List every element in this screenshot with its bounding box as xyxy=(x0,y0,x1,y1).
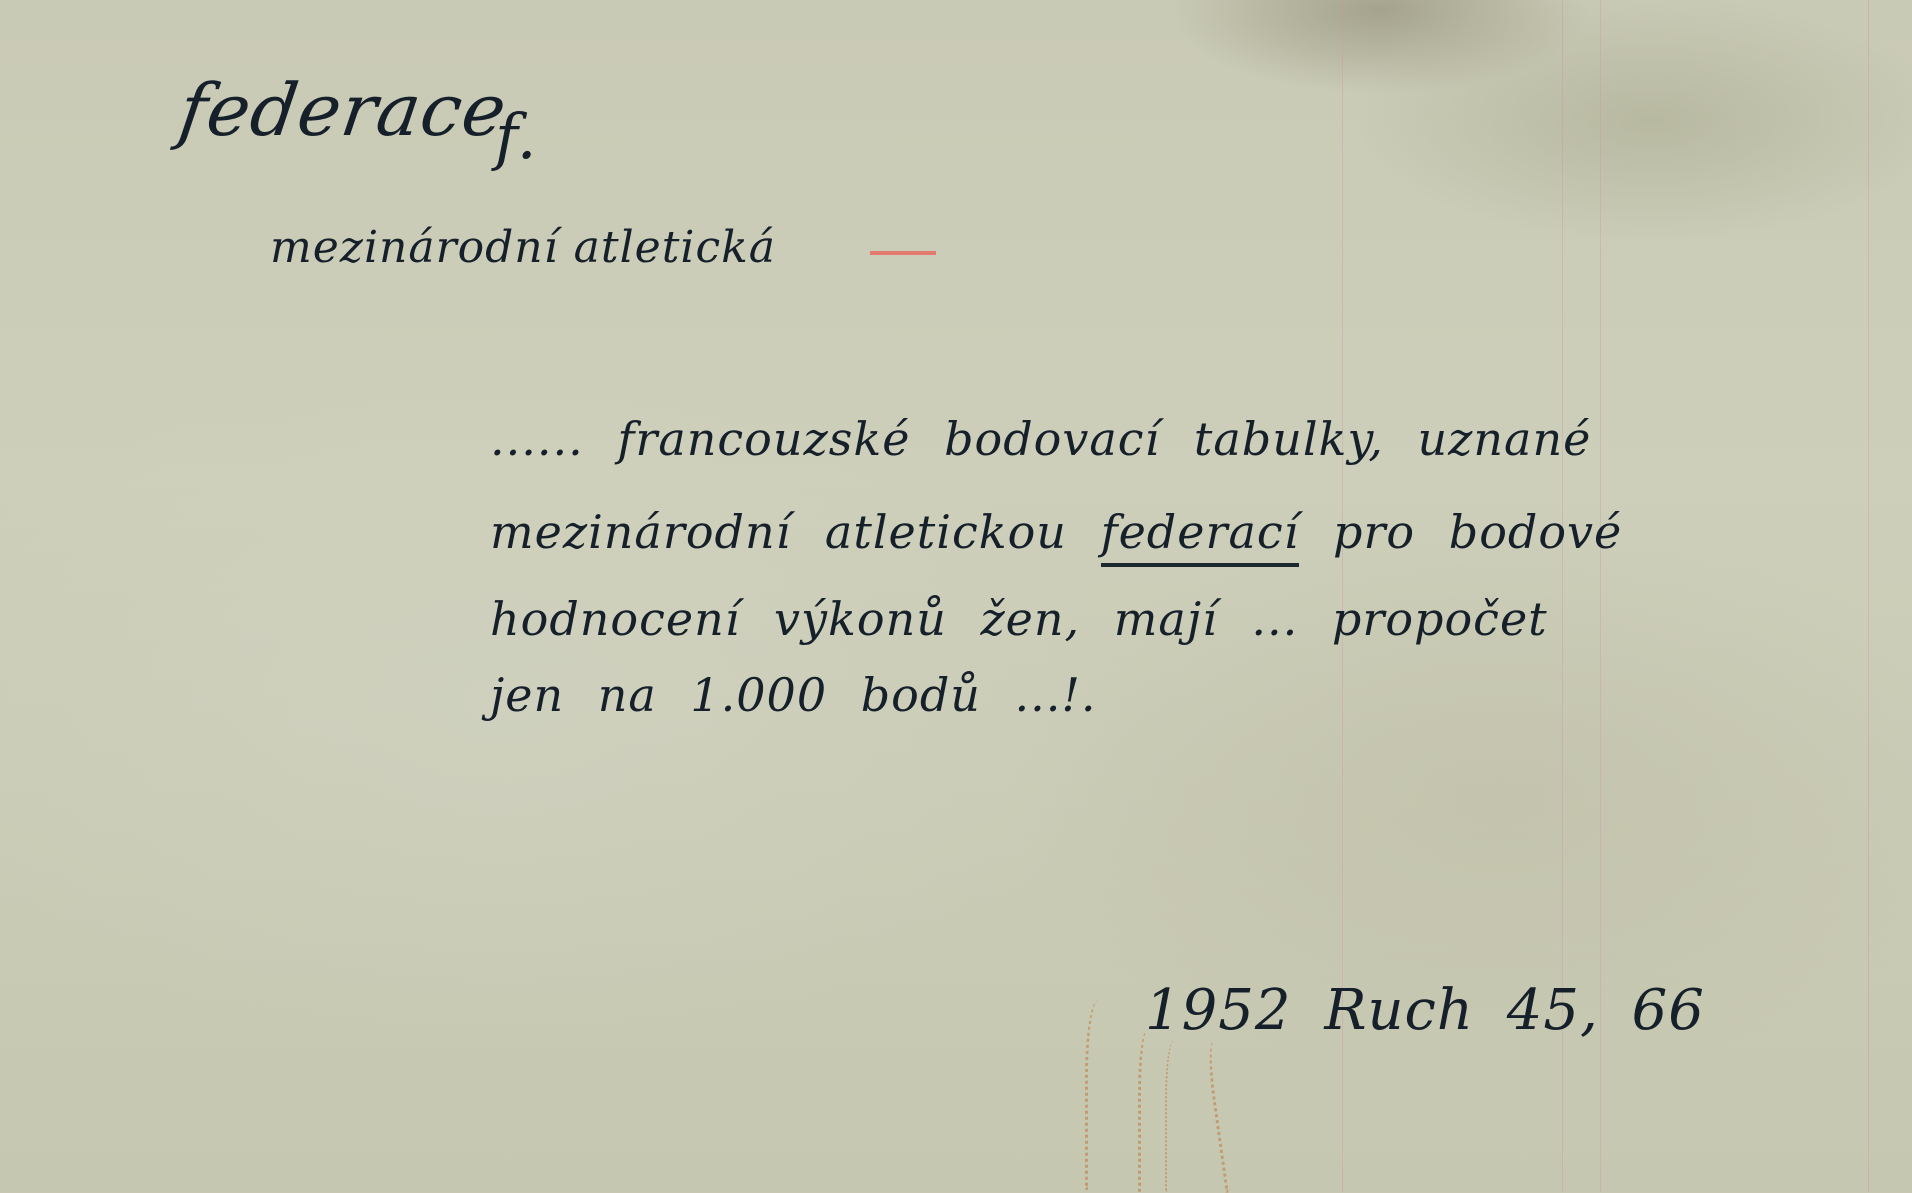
underlined-headword: federací xyxy=(1101,505,1300,567)
ruled-line xyxy=(1868,0,1869,1192)
quote-line-2: mezinárodní atletickou federací pro bodo… xyxy=(490,505,1622,559)
quote-text: pro bodové xyxy=(1333,505,1622,559)
red-dash-mark xyxy=(870,251,936,255)
grammatical-gender: f. xyxy=(495,100,537,173)
quote-line-1: ...... francouzské bodovací tabulky, uzn… xyxy=(490,412,1591,466)
source-citation: 1952 Ruch 45, 66 xyxy=(1145,978,1705,1043)
rust-stain xyxy=(1085,1000,1118,1190)
rust-stain xyxy=(1205,1039,1249,1192)
quote-line-3: hodnocení výkonů žen, mají ... propočet xyxy=(490,592,1548,646)
rust-stain xyxy=(1165,1040,1187,1192)
headword: federace xyxy=(174,68,512,152)
quote-line-4: jen na 1.000 bodů ...!. xyxy=(490,668,1097,722)
rust-stain xyxy=(1138,1030,1161,1192)
definition: mezinárodní atletická xyxy=(270,222,776,273)
lexical-index-slip: federace f. mezinárodní atletická ......… xyxy=(0,0,1912,1192)
quote-text: mezinárodní atletickou xyxy=(490,505,1067,559)
